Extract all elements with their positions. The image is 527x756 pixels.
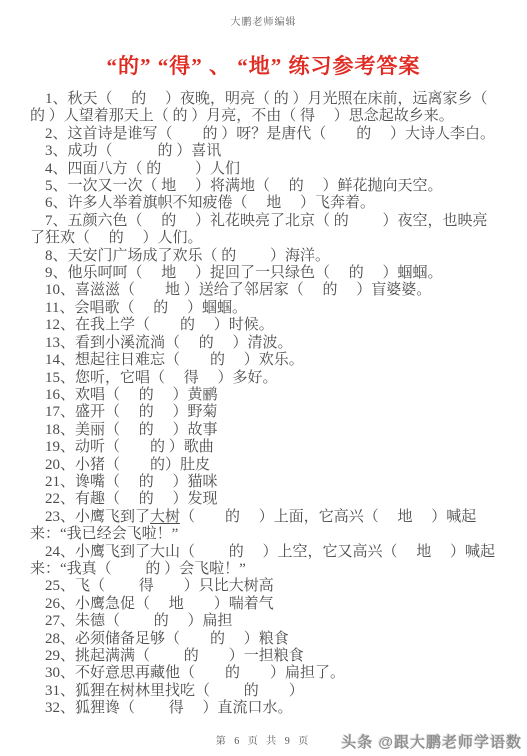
toutiao-watermark: 头条 @跟大鹏老师学语数 xyxy=(341,731,522,752)
exercise-item: 14、想起往日难忘（ 的 ）欢乐。 xyxy=(30,352,502,369)
exercise-item: 9、他乐呵呵（ 地 ）捉回了一只绿色（ 的 ）蝈蝈。 xyxy=(30,265,502,282)
exercise-item: 10、喜滋滋（ 地 ）送给了邻居家（ 的 ）盲婆婆。 xyxy=(30,282,502,299)
exercise-item: 11、会唱歌（ 的 ）蝈蝈。 xyxy=(30,300,502,317)
item-text: 32、狐狸谗（ 得 ）直流口水。 xyxy=(45,700,293,716)
item-text: 27、朱德（ 的 ）扁担 xyxy=(45,613,233,629)
exercise-item: 20、小猪（ 的）肚皮 xyxy=(30,457,502,474)
exercise-item: 32、狐狸谗（ 得 ）直流口水。 xyxy=(30,700,502,717)
item-text: 4、四面八方（ 的 ）人们 xyxy=(45,161,240,177)
item-text: 8、天安门广场成了欢乐（ 的 ）海洋。 xyxy=(45,248,330,264)
worksheet-page: { "page": { "editor_note": "大鹏老师编辑", "ti… xyxy=(0,0,527,756)
exercise-item: 1、秋天（ 的 ）夜晚，明亮（ 的 ）月光照在床前，远离家乡（ 的 ）人望着那天… xyxy=(30,91,502,126)
exercise-item: 15、您听，它唱（ 得 ）多好。 xyxy=(30,370,502,387)
exercise-item: 31、狐狸在树林里找吃（ 的 ） xyxy=(30,683,502,700)
editor-note: 大鹏老师编辑 xyxy=(0,0,527,28)
exercise-item: 25、飞（ 得 ）只比大树高 xyxy=(30,578,502,595)
item-text: 12、在我上学（ 的 ）时候。 xyxy=(45,317,274,333)
exercise-item: 28、必须储备足够（ 的 ）粮食 xyxy=(30,631,502,648)
exercise-item: 21、谗嘴（ 的 ）猫咪 xyxy=(30,474,502,491)
exercise-item: 5、一次又一次（ 地 ）将满地（ 的 ）鲜花抛向天空。 xyxy=(30,178,502,195)
exercise-item: 30、不好意思再藏他（ 的 ）扁担了。 xyxy=(30,665,502,682)
exercise-item: 24、小鹰飞到了大山（ 的 ）上空，它又高兴（ 地 ）喊起来：“我真（ 的 ）会… xyxy=(30,544,502,579)
exercise-item: 23、小鹰飞到了大树（ 的 ）上面，它高兴（ 地 ）喊起来：“我已经会飞啦！” xyxy=(30,509,502,544)
exercise-item: 12、在我上学（ 的 ）时候。 xyxy=(30,317,502,334)
item-text: 28、必须储备足够（ 的 ）粮食 xyxy=(45,631,289,647)
exercise-item: 26、小鹰急促（ 地 ）喘着气 xyxy=(30,596,502,613)
exercise-item: 4、四面八方（ 的 ）人们 xyxy=(30,161,502,178)
exercise-item: 13、看到小溪流淌（ 的 ）清波。 xyxy=(30,335,502,352)
item-text: 15、您听，它唱（ 得 ）多好。 xyxy=(45,370,278,386)
exercise-item: 18、美丽（ 的 ）故事 xyxy=(30,422,502,439)
item-text: 11、会唱歌（ 的 ）蝈蝈。 xyxy=(45,300,247,316)
page-title: “的” “得” 、 “地” 练习参考答案 xyxy=(0,50,527,80)
exercise-item: 6、许多人举着旗帜不知疲倦（ 地 ）飞奔着。 xyxy=(30,195,502,212)
item-text: 19、动听（ 的 ）歌曲 xyxy=(45,439,214,455)
exercise-item: 27、朱德（ 的 ）扁担 xyxy=(30,613,502,630)
exercise-item: 8、天安门广场成了欢乐（ 的 ）海洋。 xyxy=(30,248,502,265)
item-text: 23、小鹰飞到了 xyxy=(45,509,150,525)
exercise-item: 2、这首诗是谁写（ 的 ）呀？是唐代（ 的 ）大诗人李白。 xyxy=(30,126,502,143)
exercise-item: 3、成功（ 的 ）喜讯 xyxy=(30,143,502,160)
exercise-item: 17、盛开（ 的 ）野菊 xyxy=(30,404,502,421)
item-text: 2、这首诗是谁写（ 的 ）呀？是唐代（ 的 ）大诗人李白。 xyxy=(45,126,495,142)
item-text: 22、有趣（ 的 ）发现 xyxy=(45,491,218,507)
exercise-answer-list: 1、秋天（ 的 ）夜晚，明亮（ 的 ）月光照在床前，远离家乡（ 的 ）人望着那天… xyxy=(0,91,527,718)
item-text: 30、不好意思再藏他（ 的 ）扁担了。 xyxy=(45,665,345,681)
item-text: 25、飞（ 得 ）只比大树高 xyxy=(45,578,274,594)
item-text: 1、秋天（ 的 ）夜晚，明亮（ 的 ）月光照在床前，远离家乡（ 的 ）人望着那天… xyxy=(30,91,488,124)
item-text: 20、小猪（ 的）肚皮 xyxy=(45,457,210,473)
item-text: 31、狐狸在树林里找吃（ 的 ） xyxy=(45,683,304,699)
item-text: 24、小鹰飞到了大山（ 的 ）上空，它又高兴（ 地 ）喊起来：“我真（ 的 ）会… xyxy=(30,544,495,577)
item-text: 10、喜滋滋（ 地 ）送给了邻居家（ 的 ）盲婆婆。 xyxy=(45,282,431,298)
exercise-item: 7、五颜六色（ 的 ）礼花映亮了北京（ 的 ）夜空，也映亮了狂欢（ 的 ）人们。 xyxy=(30,213,502,248)
exercise-item: 16、欢唱（ 的 ）黄鹂 xyxy=(30,387,502,404)
item-text: 18、美丽（ 的 ）故事 xyxy=(45,422,218,438)
item-text: 6、许多人举着旗帜不知疲倦（ 地 ）飞奔着。 xyxy=(45,195,375,211)
item-text: 16、欢唱（ 的 ）黄鹂 xyxy=(45,387,218,403)
exercise-item: 29、挑起满满（ 的 ）一担粮食 xyxy=(30,648,502,665)
item-text: 21、谗嘴（ 的 ）猫咪 xyxy=(45,474,218,490)
exercise-item: 22、有趣（ 的 ）发现 xyxy=(30,491,502,508)
item-text: 17、盛开（ 的 ）野菊 xyxy=(45,404,218,420)
item-text: 26、小鹰急促（ 地 ）喘着气 xyxy=(45,596,274,612)
item-text: 14、想起往日难忘（ 的 ）欢乐。 xyxy=(45,352,304,368)
exercise-item: 19、动听（ 的 ）歌曲 xyxy=(30,439,502,456)
item-text: 29、挑起满满（ 的 ）一担粮食 xyxy=(45,648,304,664)
item-text: 3、成功（ 的 ）喜讯 xyxy=(45,143,221,159)
item-text: 5、一次又一次（ 地 ）将满地（ 的 ）鲜花抛向天空。 xyxy=(45,178,443,194)
underlined-text: 大树 xyxy=(150,509,180,525)
item-text: 13、看到小溪流淌（ 的 ）清波。 xyxy=(45,335,293,351)
item-text: 9、他乐呵呵（ 地 ）捉回了一只绿色（ 的 ）蝈蝈。 xyxy=(45,265,443,281)
item-text: 7、五颜六色（ 的 ）礼花映亮了北京（ 的 ）夜空，也映亮了狂欢（ 的 ）人们。 xyxy=(30,213,488,246)
